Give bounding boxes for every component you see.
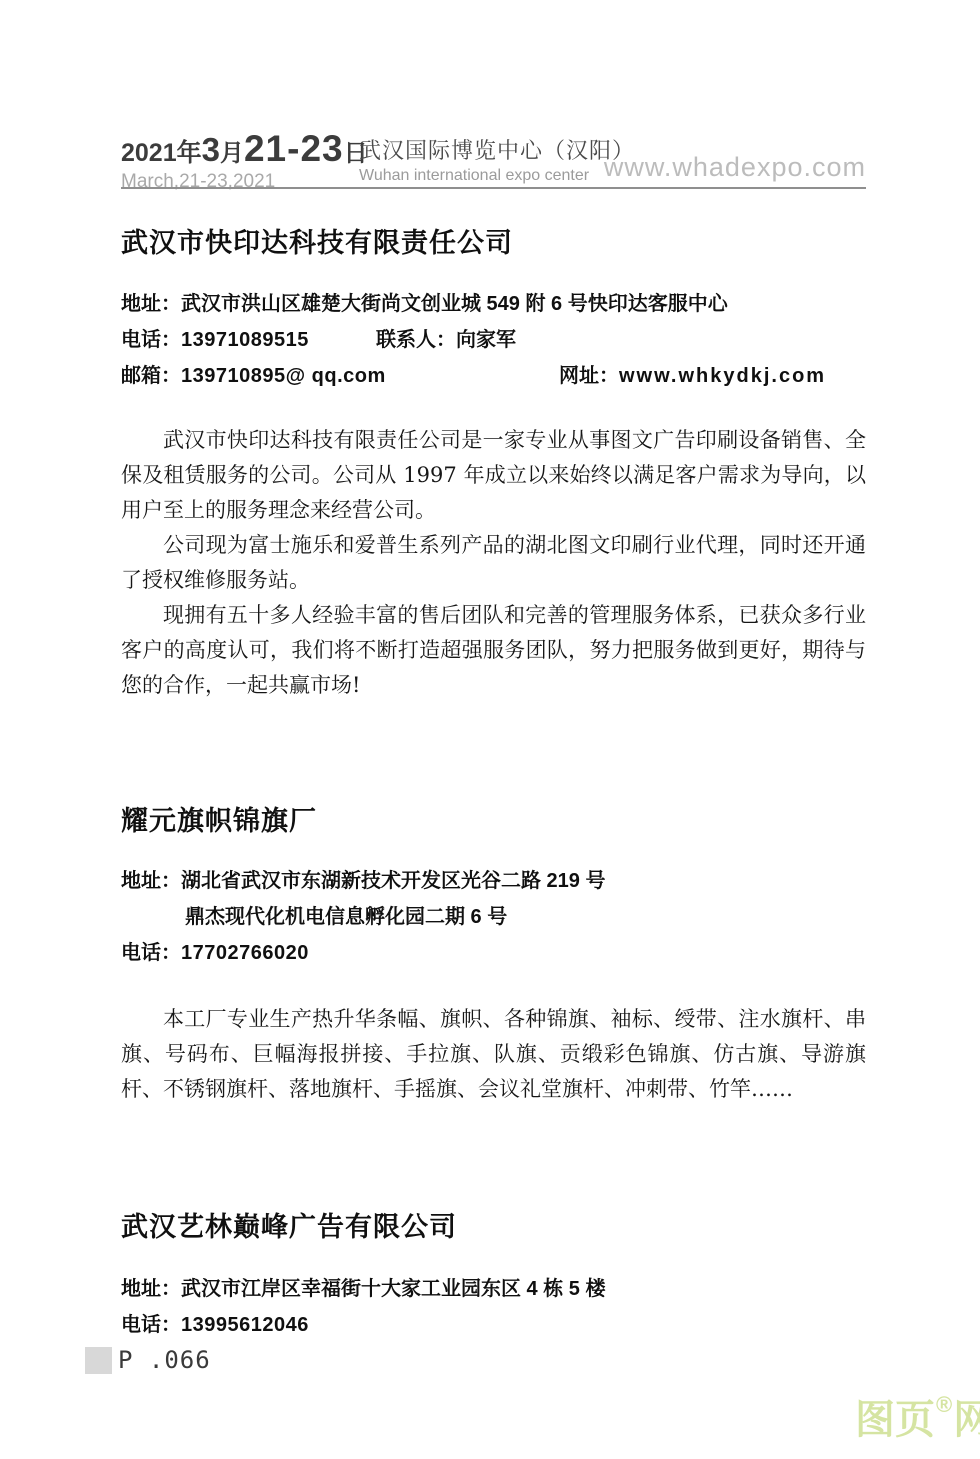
date-days: 21-23 bbox=[244, 128, 344, 170]
company-1-email-line: 邮箱：139710895@ qq.com网址：www.whkydkj.com bbox=[121, 361, 881, 397]
phone-label: 电话： bbox=[121, 1314, 181, 1336]
company-2-phone-line: 电话：17702766020 bbox=[121, 938, 881, 974]
watermark-text-right: 网 bbox=[953, 1394, 980, 1446]
address-value: 武汉市洪山区雄楚大街尚文创业城 549 附 6 号快印达客服中心 bbox=[181, 293, 728, 315]
company-1-phone-line: 电话：13971089515联系人：向家军 bbox=[121, 325, 881, 361]
expo-venue-block: 武汉国际博览中心（汉阳） Wuhan international expo ce… bbox=[359, 134, 635, 185]
company-3-contacts: 地址：武汉市江岸区幸福街十大家工业园东区 4 栋 5 楼 电话：13995612… bbox=[121, 1274, 881, 1346]
website-label: 网址： bbox=[559, 365, 619, 387]
watermark-logo: 图页 ® 网 bbox=[855, 1394, 980, 1446]
company-1-contacts: 地址：武汉市洪山区雄楚大街尚文创业城 549 附 6 号快印达客服中心 电话：1… bbox=[121, 289, 881, 397]
address-label: 地址： bbox=[121, 1278, 181, 1300]
expo-date-en: March,21-23,2021 bbox=[121, 171, 368, 193]
company-2-description: 本工厂专业生产热升华条幅、旗帜、各种锦旗、袖标、绶带、注水旗杆、串旗、号码布、巨… bbox=[121, 1002, 866, 1107]
company-2-contacts: 地址：湖北省武汉市东湖新技术开发区光谷二路 219 号 鼎杰现代化机电信息孵化园… bbox=[121, 866, 881, 974]
email-label: 邮箱： bbox=[121, 365, 181, 387]
company-3-phone-line: 电话：13995612046 bbox=[121, 1310, 881, 1346]
document-page: 2021年3月21-23日 March,21-23,2021 武汉国际博览中心（… bbox=[0, 0, 980, 1459]
website-value: www.whkydkj.com bbox=[619, 365, 826, 387]
expo-website: www.whadexpo.com bbox=[604, 152, 866, 183]
page-number: P .066 bbox=[118, 1346, 211, 1374]
contact-label: 联系人： bbox=[376, 329, 456, 351]
address-value-2: 鼎杰现代化机电信息孵化园二期 6 号 bbox=[185, 906, 507, 928]
company-1-name: 武汉市快印达科技有限责任公司 bbox=[121, 221, 513, 260]
phone-value: 13995612046 bbox=[181, 1314, 309, 1336]
registered-mark-icon: ® bbox=[936, 1394, 952, 1416]
address-value: 湖北省武汉市东湖新技术开发区光谷二路 219 号 bbox=[181, 870, 605, 892]
paragraph: 武汉市快印达科技有限责任公司是一家专业从事图文广告印刷设备销售、全保及租赁服务的… bbox=[121, 423, 866, 528]
email-pair: 邮箱：139710895@ qq.com bbox=[121, 361, 559, 392]
expo-date-block: 2021年3月21-23日 March,21-23,2021 bbox=[121, 128, 368, 193]
contact-value: 向家军 bbox=[456, 329, 516, 351]
phone-value: 17702766020 bbox=[181, 942, 309, 964]
company-2-address-line-2: 鼎杰现代化机电信息孵化园二期 6 号 bbox=[121, 902, 881, 938]
company-1-address-line: 地址：武汉市洪山区雄楚大街尚文创业城 549 附 6 号快印达客服中心 bbox=[121, 289, 881, 325]
watermark-text-left: 图页 bbox=[855, 1394, 935, 1446]
expo-venue-cn: 武汉国际博览中心（汉阳） bbox=[359, 134, 635, 165]
expo-date-cn: 2021年3月21-23日 bbox=[121, 128, 368, 170]
company-3-name: 武汉艺林巅峰广告有限公司 bbox=[121, 1205, 457, 1244]
company-1-description: 武汉市快印达科技有限责任公司是一家专业从事图文广告印刷设备销售、全保及租赁服务的… bbox=[121, 423, 866, 703]
company-2-name: 耀元旗帜锦旗厂 bbox=[121, 799, 317, 838]
paragraph: 本工厂专业生产热升华条幅、旗帜、各种锦旗、袖标、绶带、注水旗杆、串旗、号码布、巨… bbox=[121, 1002, 866, 1107]
address-label: 地址： bbox=[121, 870, 181, 892]
email-value: 139710895@ qq.com bbox=[181, 365, 386, 387]
expo-venue-en: Wuhan international expo center bbox=[359, 167, 635, 185]
paragraph: 公司现为富士施乐和爱普生系列产品的湖北图文印刷行业代理，同时还开通了授权维修服务… bbox=[121, 528, 866, 598]
address-value: 武汉市江岸区幸福街十大家工业园东区 4 栋 5 楼 bbox=[181, 1278, 605, 1300]
company-3-address-line: 地址：武汉市江岸区幸福街十大家工业园东区 4 栋 5 楼 bbox=[121, 1274, 881, 1310]
phone-pair: 电话：13971089515 bbox=[121, 325, 376, 356]
date-year: 2021年 bbox=[121, 133, 202, 169]
footer-square-marker bbox=[85, 1347, 112, 1374]
phone-label: 电话： bbox=[121, 942, 181, 964]
paragraph: 现拥有五十多人经验丰富的售后团队和完善的管理服务体系，已获众多行业客户的高度认可… bbox=[121, 598, 866, 703]
date-month-char: 月 bbox=[220, 133, 244, 168]
phone-value: 13971089515 bbox=[181, 329, 309, 351]
date-month-num: 3 bbox=[202, 131, 220, 169]
phone-label: 电话： bbox=[121, 329, 181, 351]
header-divider bbox=[121, 187, 866, 189]
company-2-address-line-1: 地址：湖北省武汉市东湖新技术开发区光谷二路 219 号 bbox=[121, 866, 881, 902]
address-label: 地址： bbox=[121, 293, 181, 315]
